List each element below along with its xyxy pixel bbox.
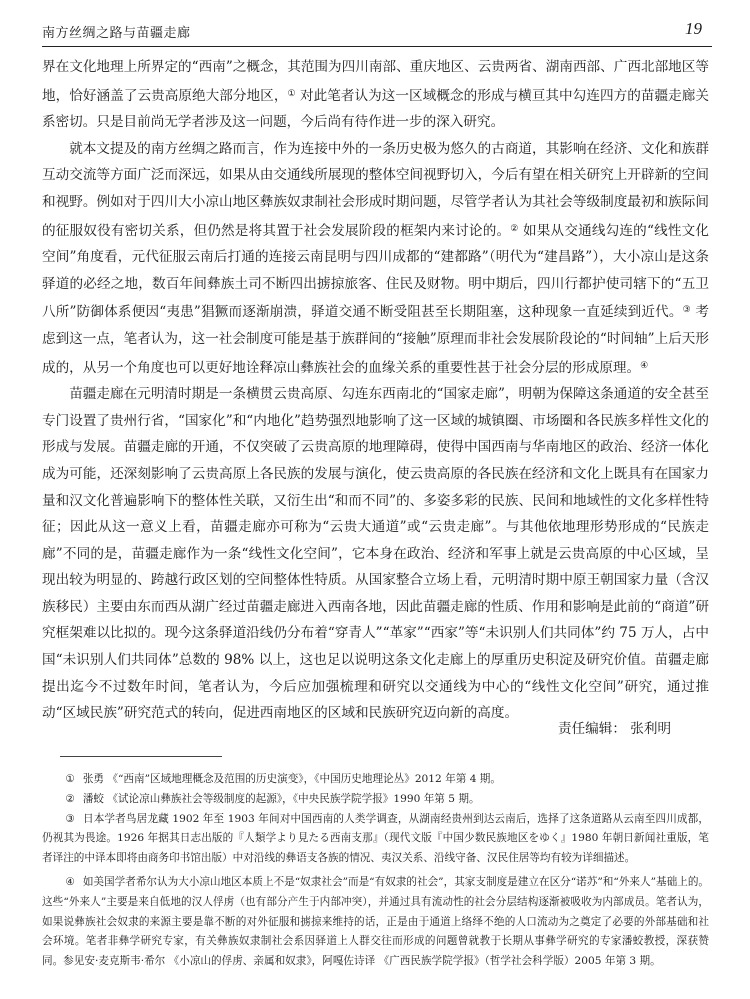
paragraph: 就本文提及的南方丝绸之路而言，作为连接中外的一条历史极为悠久的古商道，其影响在经… <box>42 136 709 381</box>
paragraph: 界在文化地理上所界定的“西南”之概念，其范围为四川南部、重庆地区、云贵两省、湖南… <box>42 54 709 136</box>
paragraph-text: 苗疆走廊在元明清时期是一条横贯云贵高原、勾连东西南北的“国家走廊”，明朝为保障这… <box>42 386 709 721</box>
responsible-editor: 责任编辑： 张利明 <box>558 717 671 737</box>
footnote-ref: ② <box>510 224 518 234</box>
footnote-ref: ④ <box>640 361 648 371</box>
editor-label: 责任编辑： <box>558 721 626 737</box>
footnote-text: 潘蛟 《试论凉山彝族社会等级制度的起源》，《中央民族学院学报》1990 年第 5… <box>83 793 480 805</box>
footnote-ref: ③ <box>683 305 691 315</box>
footnote-text: 如美国学者希尔认为大小凉山地区本质上不是“奴隶社会”而是“有奴隶的社会”，其家支… <box>42 876 709 967</box>
footnote-mark: ② <box>65 793 75 805</box>
running-header: 南方丝绸之路与苗疆走廊 19 <box>42 14 712 47</box>
footnote-divider <box>60 756 222 757</box>
body-text: 界在文化地理上所界定的“西南”之概念，其范围为四川南部、重庆地区、云贵两省、湖南… <box>42 54 709 727</box>
running-title: 南方丝绸之路与苗疆走廊 <box>42 22 191 41</box>
editor-name: 张利明 <box>630 721 671 737</box>
footnote-mark: ① <box>65 773 75 785</box>
footnote-text: 日本学者鸟居龙藏 1902 年至 1903 年间对中国西南的人类学调查，从湖南经… <box>42 813 709 865</box>
footnote: ④如美国学者希尔认为大小凉山地区本质上不是“奴隶社会”而是“有奴隶的社会”，其家… <box>42 873 709 972</box>
footnote-ref: ① <box>287 89 295 99</box>
footnote-mark: ④ <box>65 876 75 888</box>
footnote: ①张勇 《“西南”区域地理概念及范围的历史演变》，《中国历史地理论丛》2012 … <box>42 770 709 790</box>
footnote-text: 张勇 《“西南”区域地理概念及范围的历史演变》，《中国历史地理论丛》2012 年… <box>83 773 501 785</box>
page-number: 19 <box>685 19 702 39</box>
footnote: ②潘蛟 《试论凉山彝族社会等级制度的起源》，《中央民族学院学报》1990 年第 … <box>42 790 709 810</box>
footnotes: ①张勇 《“西南”区域地理概念及范围的历史演变》，《中国历史地理论丛》2012 … <box>42 770 709 972</box>
paragraph: 苗疆走廊在元明清时期是一条横贯云贵高原、勾连东西南北的“国家走廊”，明朝为保障这… <box>42 381 709 727</box>
footnote-mark: ③ <box>65 813 75 825</box>
footnote: ③日本学者鸟居龙藏 1902 年至 1903 年间对中国西南的人类学调查，从湖南… <box>42 810 709 869</box>
